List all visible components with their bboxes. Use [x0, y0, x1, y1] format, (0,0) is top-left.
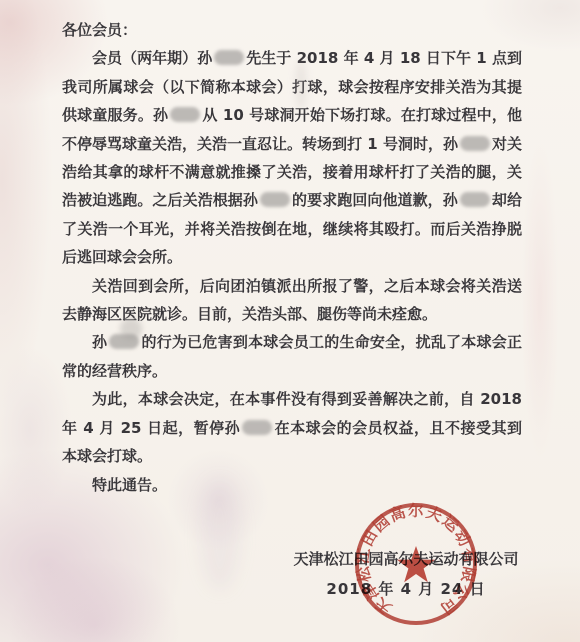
paragraph: 会员（两年期）孙先生于 2018 年 4 月 18 日下午 1 点到我司所属球会…: [62, 44, 522, 271]
official-seal-stamp-icon: 天津松江田园高尔夫运动有限公司: [346, 494, 486, 634]
paragraph-text: 关浩回到会所，后向团泊镇派出所报了警，之后本球会将关浩送去静海区医院就诊。目前，…: [62, 277, 522, 323]
redacted-name: [260, 192, 290, 207]
document-body: 各位会员： 会员（两年期）孙先生于 2018 年 4 月 18 日下午 1 点到…: [62, 16, 522, 499]
paragraph-text: 的要求跑回向他道歉，孙: [292, 191, 458, 209]
paragraph: 为此，本球会决定，在本事件没有得到妥善解决之前，自 2018 年 4 月 25 …: [62, 385, 522, 470]
paragraph: 关浩回到会所，后向团泊镇派出所报了警，之后本球会将关浩送去静海区医院就诊。目前，…: [62, 272, 522, 329]
paragraph-text: 会员（两年期）孙: [92, 49, 212, 67]
redacted-name: [214, 50, 244, 65]
redacted-name: [242, 420, 272, 435]
seal-star-icon: [397, 546, 435, 582]
redacted-name: [109, 334, 139, 349]
paragraph-text: 孙: [92, 333, 107, 351]
redacted-name: [460, 136, 490, 151]
paragraph-container: 会员（两年期）孙先生于 2018 年 4 月 18 日下午 1 点到我司所属球会…: [62, 44, 522, 499]
paragraph-text: 特此通告。: [92, 476, 167, 494]
redacted-name: [460, 192, 490, 207]
scanned-notice-page: 各位会员： 会员（两年期）孙先生于 2018 年 4 月 18 日下午 1 点到…: [0, 0, 580, 642]
paragraph: 孙的行为已危害到本球会员工的生命安全，扰乱了本球会正常的经营秩序。: [62, 328, 522, 385]
salutation: 各位会员：: [62, 16, 522, 44]
redacted-name: [170, 107, 200, 122]
